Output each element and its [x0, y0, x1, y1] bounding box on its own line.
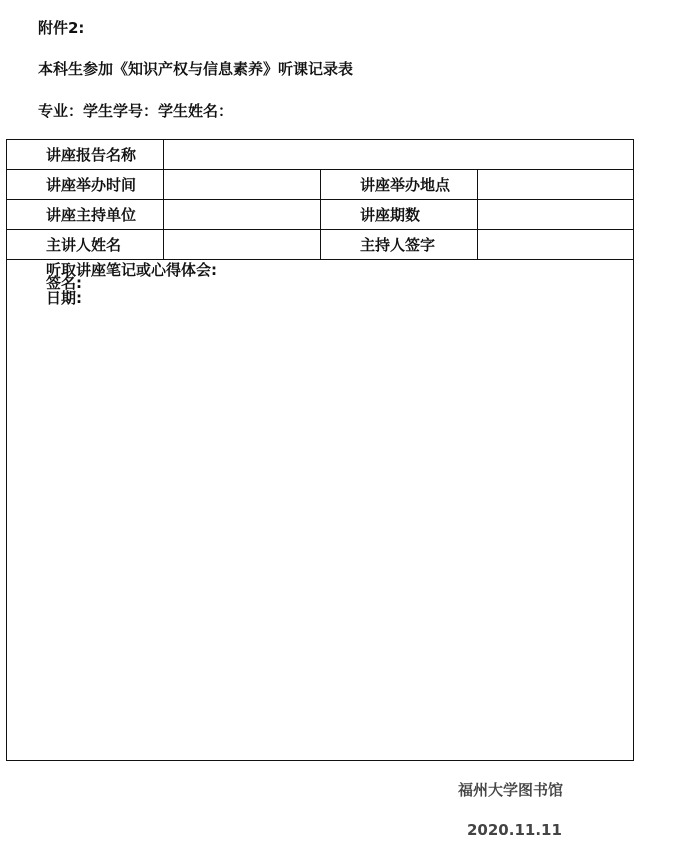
notes-area[interactable]: 听取讲座笔记或心得体会: 签名: 日期: [7, 260, 633, 760]
table-row: 主讲人姓名 主持人签字 [7, 230, 633, 260]
student-info: 专业：学生学号：学生姓名： [38, 100, 233, 121]
speaker-name-label: 主讲人姓名 [7, 230, 164, 259]
lecture-location-field[interactable] [478, 170, 633, 199]
lecture-name-field[interactable] [164, 140, 633, 169]
lecture-issue-field[interactable] [478, 200, 633, 229]
record-table: 讲座报告名称 讲座举办时间 讲座举办地点 讲座主持单位 讲座期数 主讲人姓名 主… [6, 139, 634, 761]
lecture-time-label: 讲座举办时间 [7, 170, 164, 199]
lecture-time-field[interactable] [164, 170, 321, 199]
form-title: 本科生参加《知识产权与信息素养》听课记录表 [38, 58, 353, 79]
host-signature-label: 主持人签字 [321, 230, 478, 259]
lecture-issue-label: 讲座期数 [321, 200, 478, 229]
host-unit-field[interactable] [164, 200, 321, 229]
table-row: 讲座报告名称 [7, 140, 633, 170]
host-signature-field[interactable] [478, 230, 633, 259]
host-unit-label: 讲座主持单位 [7, 200, 164, 229]
table-row: 讲座主持单位 讲座期数 [7, 200, 633, 230]
footer-date: 2020.11.11 [467, 821, 562, 839]
library-name: 福州大学图书馆 [458, 779, 563, 800]
table-row: 讲座举办时间 讲座举办地点 [7, 170, 633, 200]
lecture-location-label: 讲座举办地点 [321, 170, 478, 199]
attachment-label: 附件2: [38, 17, 84, 38]
date-label: 日期: [46, 291, 82, 306]
lecture-name-label: 讲座报告名称 [7, 140, 164, 169]
speaker-name-field[interactable] [164, 230, 321, 259]
